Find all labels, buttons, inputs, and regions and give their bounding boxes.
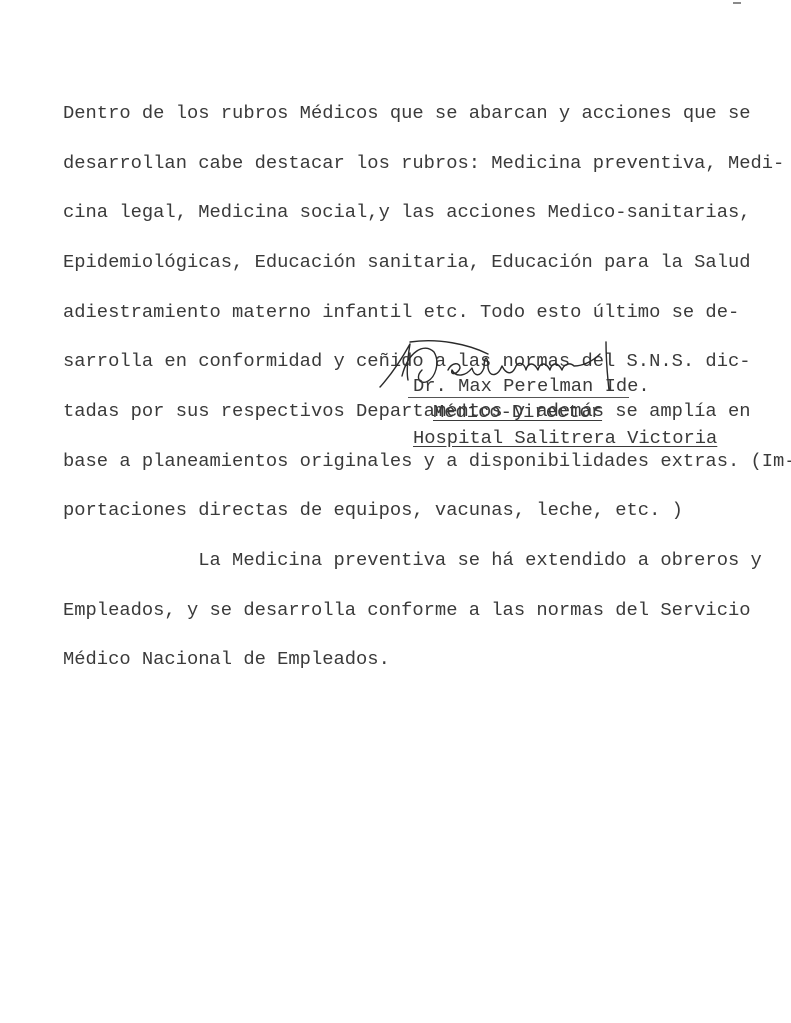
document-page: Dentro de los rubros Médicos que se abar… (0, 0, 791, 1023)
scan-mark (733, 2, 741, 4)
signatory-institution: Hospital Salitrera Victoria (413, 427, 717, 449)
signature-rule (408, 397, 629, 398)
text-line: Empleados, y se desarrolla conforme a la… (63, 602, 791, 619)
text-line: base a planeamientos originales y a disp… (63, 453, 791, 470)
text-line: adiestramiento materno infantil etc. Tod… (63, 304, 791, 321)
text-line: tadas por sus respectivos Departamentos … (63, 403, 791, 420)
signatory-name: Dr. Max Perelman Ide. (413, 375, 650, 397)
text-line: Dentro de los rubros Médicos que se abar… (63, 105, 791, 122)
signatory-title: Médico-Director (433, 401, 602, 423)
text-line: desarrollan cabe destacar los rubros: Me… (63, 155, 791, 172)
text-line: cina legal, Medicina social,y las accion… (63, 204, 791, 221)
text-line: La Medicina preventiva se há extendido a… (63, 552, 791, 569)
text-line: portaciones directas de equipos, vacunas… (63, 502, 791, 519)
text-line: Médico Nacional de Empleados. (63, 651, 791, 668)
text-line: Epidemiológicas, Educación sanitaria, Ed… (63, 254, 791, 271)
